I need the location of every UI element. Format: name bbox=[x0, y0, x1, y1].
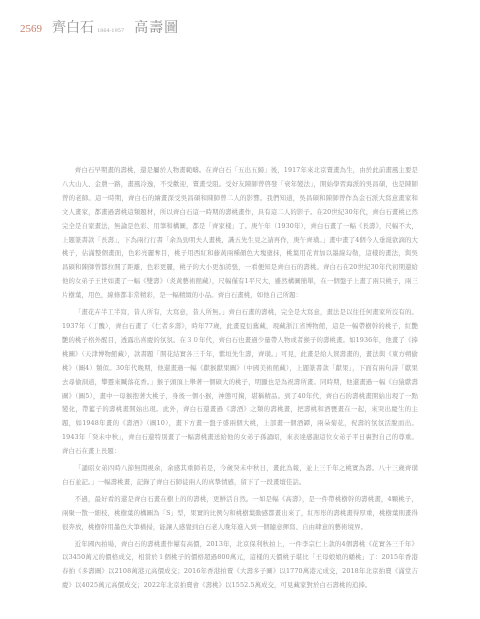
paragraph-3-quote: 「誦昭女弟四時八節無間視余，余感其重師若是，今歲癸未中秋日，畫此為報，並上三千年… bbox=[62, 462, 418, 490]
paragraph-1: 齊白石早期畫的壽桃，還是屬於人物畫範疇。在齊白石「五出五歸」後，1917年來北京… bbox=[62, 164, 418, 303]
paragraph-2: 「畫花卉半工半寫，昔人所有，大寫意，昔人所無。」齊白石畫的壽桃，完全是大寫意，畫… bbox=[62, 306, 418, 459]
lot-number: 2569 bbox=[20, 23, 42, 35]
artist-name: 齊白石 bbox=[52, 17, 94, 37]
page-header: 2569 齊白石 1864-1957 高壽圖 bbox=[20, 17, 179, 37]
artist-years: 1864-1957 bbox=[97, 28, 124, 34]
essay-body: 齊白石早期畫的壽桃，還是屬於人物畫範疇。在齊白石「五出五歸」後，1917年來北京… bbox=[62, 164, 418, 596]
paragraph-4: 不過，最好看的還是齊白石畫在樹上的的壽桃，更鮮活自然。一如是幅《高壽》，是一件帶… bbox=[62, 493, 418, 535]
paragraph-5: 近年國內拍場，齊白石的壽桃畫作屢有高價，2013年，北京保利秋拍上，一件李宗仁上… bbox=[62, 538, 418, 594]
artwork-title: 高壽圖 bbox=[134, 17, 179, 37]
